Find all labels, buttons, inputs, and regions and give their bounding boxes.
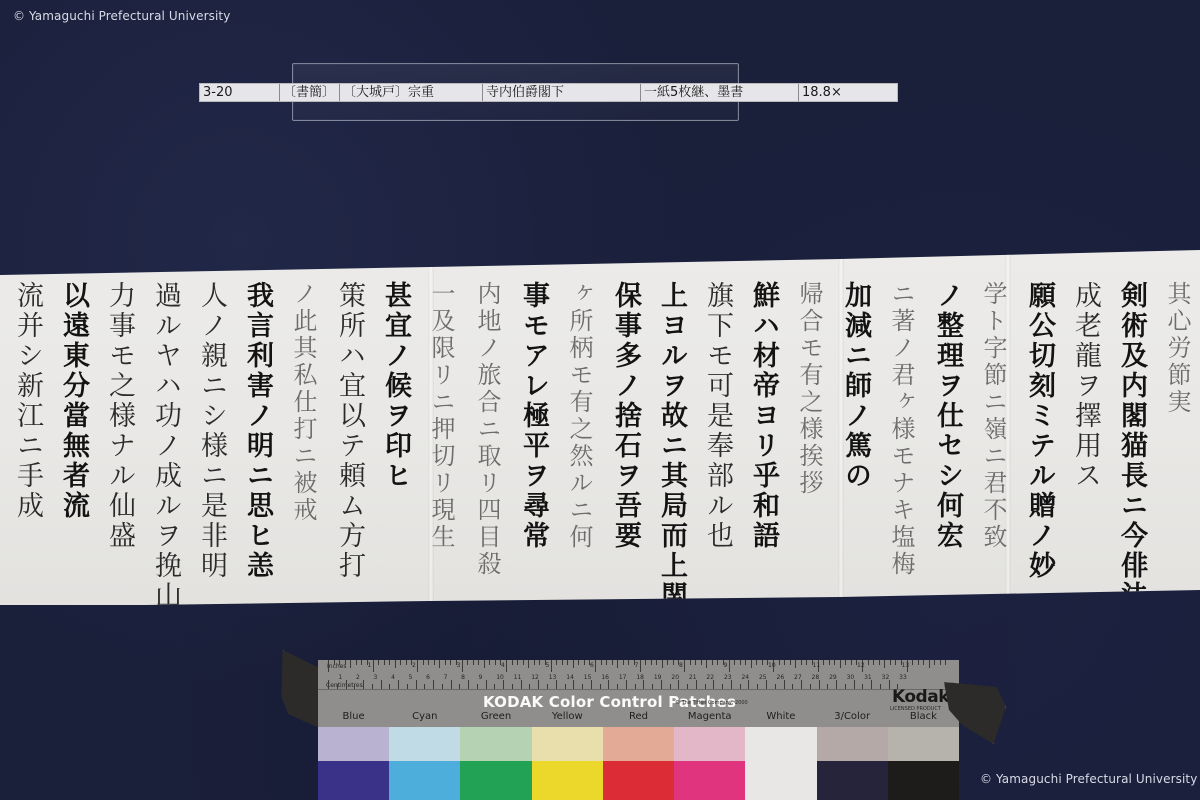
ruler-tick [623,660,624,665]
ruler-tick [792,684,793,689]
ruler-tick [834,660,835,665]
ruler-tick [706,660,707,668]
calligraphy-column: 過ルヤハ功ノ成ルヲ挽山 [138,245,184,605]
ruler-tick [612,660,613,665]
color-patch-blue [318,727,389,800]
ruler-tick [873,660,874,665]
cm-mark: 4 [391,674,395,681]
ruler-tick [451,680,452,689]
ruler-tick [801,660,802,665]
ruler-tick [722,684,723,689]
ruler-tick [395,660,396,668]
ruler-tick [656,660,657,665]
ruler-tick [600,684,601,689]
ruler-tick [795,660,796,668]
calligraphy-column: 成老龍ヲ擇用ス [1058,245,1104,605]
ruler-tick [434,660,435,665]
chart-copyright: © The Tiffen Company, 2000 [675,700,748,706]
ruler-tick [751,660,752,668]
ruler-tick [617,684,618,689]
ruler-tick [372,684,373,689]
ruler-tick [528,660,529,668]
inch-mark: 1 [368,662,372,669]
patch-label: Red [603,711,674,727]
cm-mark: 3 [374,674,378,681]
color-patch-black [888,727,959,800]
ruler-tick [584,660,585,665]
ruler-tick [740,660,741,665]
ruler-tick [407,684,408,689]
ruler-tick [806,660,807,665]
color-patch-magenta [674,727,745,800]
catalog-label-cell: 〔書簡〕 [280,84,340,101]
cm-mark: 31 [864,674,872,681]
cm-mark: 28 [812,674,820,681]
ruler-tick [428,660,429,665]
ruler-tick [766,680,767,689]
cm-mark: 25 [759,674,767,681]
ruler-tick [628,660,629,665]
ruler-tick [823,660,824,665]
inch-mark: 11 [813,662,821,669]
patch-dark-swatch [318,761,389,800]
color-patch-yellow [532,727,603,800]
ruler-tick [845,660,846,665]
ruler-tick [551,660,552,672]
ruler-inches-label: Inches [327,663,347,670]
ruler-tick [462,660,463,672]
calligraphy-column: 帰合モ有之様挨拶 [782,245,828,605]
ruler-tick [328,680,329,689]
calligraphy-column: 甚宜ノ候ヲ印ヒ [368,245,414,605]
ruler-tick [673,660,674,665]
ruler-tick [651,660,652,665]
ruler-tick [687,684,688,689]
calligraphy-column: 保事多ノ捨石ヲ吾要 [598,245,644,605]
ruler-tick [506,660,507,672]
ruler-tick [827,684,828,689]
calligraphy-column: 旗下モ可是奉部ル也 [690,245,736,605]
cm-mark: 8 [461,674,465,681]
calligraphy-column: 其心労節実 [1150,245,1196,605]
kodak-logo: Kodak [892,687,949,707]
patch-light-swatch [888,727,959,761]
ruler-tick [423,660,424,665]
ruler-tick [337,684,338,689]
ruler-tick [696,680,697,689]
calligraphy-column: 一及限リニ押切リ現生 [414,245,460,605]
cm-mark: 18 [636,674,644,681]
ruler-tick [889,680,890,689]
ruler-tick [652,684,653,689]
ruler-tick [690,660,691,665]
calligraphy-columns: 其心労節実剣術及内閣猫長ニ今俳法成老龍ヲ擇用ス願公切刻ミテル贈ノ妙学ト字節ニ嶺ニ… [0,245,1200,605]
ruler-tick [467,660,468,665]
cm-mark: 19 [654,674,662,681]
calligraphy-column: 加減ニ師ノ篤の [828,245,874,605]
patch-light-swatch [389,727,460,761]
ruler-tick [416,680,417,689]
cm-mark: 22 [706,674,714,681]
inch-mark: 10 [768,662,776,669]
ruler-centimetres-label: Centimetres [326,682,363,689]
ruler-tick [417,660,418,672]
patch-label: Black [888,711,959,727]
ruler-tick [740,684,741,689]
patch-dark-swatch [745,761,816,800]
patch-light-swatch [460,727,531,761]
calligraphy-column: ヶ所柄モ有之然ルニ何 [552,245,598,605]
ruler-tick [345,660,346,665]
document-scroll: 其心労節実剣術及内閣猫長ニ今俳法成老龍ヲ擇用ス願公切刻ミテル贈ノ妙学ト字節ニ嶺ニ… [0,245,1200,605]
ruler-tick [762,660,763,665]
catalog-label-cell: 3-20 [200,84,280,101]
ruler-tick [662,660,663,668]
copyright-notice-bottom: © Yamaguchi Prefectural University [980,772,1197,786]
ruler-tick [717,660,718,665]
calligraphy-column: 事モアレ極平ヲ尋常 [506,245,552,605]
ruler-tick [356,660,357,665]
calligraphy-column: 策所ハ宜以テ頼ム方打 [322,245,368,605]
cm-mark: 27 [794,674,802,681]
inch-mark: 3 [457,662,461,669]
cm-mark: 32 [882,674,890,681]
inch-mark: 13 [902,662,910,669]
ruler-tick [381,680,382,689]
inch-mark: 8 [679,662,683,669]
ruler-tick [503,680,504,689]
ruler-tick [373,660,374,672]
calligraphy-column: 流并シ新江ニ手成 [0,245,46,605]
ruler-tick [406,660,407,665]
kodak-color-chart: Inches Centimetres 123456789101112131234… [318,660,959,800]
ruler-tick [845,684,846,689]
ruler-tick [684,660,685,672]
calligraphy-column: ノ此其私仕打ニ被戒 [276,245,322,605]
cm-mark: 5 [409,674,413,681]
catalog-label-strip: 3-20〔書簡〕〔大城戸〕宗重寺内伯爵閣下一紙5枚継、墨書18.8× [199,83,898,102]
patch-light-swatch [603,727,674,761]
color-patches [318,727,959,800]
ruler-tick [884,660,885,668]
color-patch-3-color [817,727,888,800]
cm-mark: 12 [531,674,539,681]
ruler-tick [439,660,440,668]
ruler-tick [489,660,490,665]
patch-label: 3/Color [817,711,888,727]
ruler-tick [578,660,579,665]
ruler-tick [643,680,644,689]
ruler-tick [617,660,618,668]
patch-labels: BlueCyanGreenYellowRedMagentaWhite3/Colo… [318,711,959,727]
ruler-tick [729,660,730,672]
ruler-tick [495,660,496,665]
ruler-tick [346,680,347,689]
ruler-tick [895,660,896,665]
cm-mark: 24 [741,674,749,681]
color-patch-green [460,727,531,800]
ruler-tick [880,684,881,689]
ruler-tick [517,660,518,665]
patch-dark-swatch [460,761,531,800]
cm-mark: 29 [829,674,837,681]
ruler-tick [486,680,487,689]
inch-mark: 7 [635,662,639,669]
patch-label: Green [460,711,531,727]
ruler-tick [871,680,872,689]
ruler-tick [556,680,557,689]
ruler-tick [712,660,713,665]
ruler-tick [868,660,869,665]
inch-mark: 6 [590,662,594,669]
ruler-tick [591,680,592,689]
ruler-tick [705,684,706,689]
patch-label: Magenta [674,711,745,727]
ruler-tick [745,660,746,665]
ruler-tick [512,660,513,665]
patch-dark-swatch [888,761,959,800]
cm-mark: 17 [619,674,627,681]
ruler-tick [840,660,841,668]
ruler-tick [521,680,522,689]
calligraphy-column: 鮮ハ材帝ヨリ乎和語 [736,245,782,605]
cm-mark: 26 [777,674,785,681]
calligraphy-column: 上ヨルヲ故ニ其局而上関 [644,245,690,605]
cm-mark: 6 [426,674,430,681]
ruler-tick [595,660,596,672]
cm-mark: 13 [549,674,557,681]
ruler-tick [547,684,548,689]
ruler-tick [468,680,469,689]
ruler-tick [328,660,329,672]
ruler-tick [556,660,557,665]
calligraphy-column: 願公切刻ミテル贈ノ妙 [1012,245,1058,605]
ruler-tick [567,660,568,665]
cm-mark: 14 [566,674,574,681]
ruler-tick [608,680,609,689]
cm-mark: 15 [584,674,592,681]
calligraphy-column: 剣術及内閣猫長ニ今俳法 [1104,245,1150,605]
ruler-tick [433,680,434,689]
ruler-tick [862,684,863,689]
inch-mark: 5 [546,662,550,669]
ruler-tick [810,684,811,689]
ruler-tick [582,684,583,689]
ruler-tick [923,660,924,665]
ruler-tick [477,684,478,689]
ruler-tick [573,660,574,668]
inch-mark: 12 [857,662,865,669]
ruler-tick [565,684,566,689]
patch-label: Cyan [389,711,460,727]
ruler-tick [601,660,602,665]
ruler-tick [879,660,880,665]
patch-dark-swatch [532,761,603,800]
ruler-tick [538,680,539,689]
patch-label: White [745,711,816,727]
ruler-tick [378,660,379,665]
ruler-tick [757,684,758,689]
ruler-tick [635,684,636,689]
ruler-tick [784,680,785,689]
patch-dark-swatch [389,761,460,800]
ruler-tick [701,660,702,665]
catalog-label-cell: 一紙5枚継、墨書 [641,84,799,101]
ruler-tick [713,680,714,689]
ruler-tick [398,680,399,689]
cm-mark: 30 [847,674,855,681]
calligraphy-column: 力事モ之様ナル仙盛 [92,245,138,605]
calligraphy-column: 学ト字節ニ嶺ニ君不致 [966,245,1012,605]
ruler-tick [339,660,340,665]
color-patch-red [603,727,674,800]
ruler-tick [934,660,935,665]
ruler-tick [918,660,919,665]
ruler-tick [389,684,390,689]
ruler-tick [819,680,820,689]
ruler-tick [363,680,364,689]
ruler-tick [473,660,474,665]
ruler-tick [829,660,830,665]
calligraphy-column: 我言利害ノ明ニ思ヒ恙 [230,245,276,605]
ruler-tick [695,660,696,665]
cm-mark: 20 [671,674,679,681]
patch-dark-swatch [674,761,745,800]
patch-light-swatch [532,727,603,761]
ruler-tick [562,660,563,665]
ruler-tick [790,660,791,665]
ruler-tick [912,660,913,665]
cm-mark: 10 [496,674,504,681]
ruler-tick [626,680,627,689]
cm-mark: 7 [444,674,448,681]
patch-label: Yellow [532,711,603,727]
ruler-tick [442,684,443,689]
ruler-tick [731,680,732,689]
ruler-tick [756,660,757,665]
patch-label: Blue [318,711,389,727]
ruler-tick [384,660,385,665]
cm-mark: 11 [514,674,522,681]
calligraphy-column: 内地ノ旅合ニ取リ四目殺 [460,245,506,605]
ruler-tick [445,660,446,665]
cm-mark: 2 [356,674,360,681]
ruler-tick [854,680,855,689]
ruler-tick [606,660,607,665]
ruler-tick [678,680,679,689]
ruler-tick [640,660,641,672]
catalog-label-cell: 寺内伯爵閣下 [483,84,641,101]
inch-mark: 9 [724,662,728,669]
ruler-tick [945,660,946,665]
copyright-notice-top: © Yamaguchi Prefectural University [13,9,230,23]
color-patch-white [745,727,816,800]
ruler-tick [350,660,351,668]
ruler-tick [424,684,425,689]
cm-mark: 33 [899,674,907,681]
calligraphy-column: ノ整理ヲ仕セシ何宏 [920,245,966,605]
ruler-tick [836,680,837,689]
cm-mark: 9 [479,674,483,681]
ruler-tick [494,684,495,689]
ruler-tick [400,660,401,665]
ruler-tick [478,660,479,665]
ruler-tick [670,684,671,689]
ruler-tick [523,660,524,665]
cm-mark: 16 [601,674,609,681]
ruler-tick [940,660,941,665]
ruler-tick [361,660,362,665]
ruler-tick [534,660,535,665]
catalog-label-cell: 18.8× [799,84,897,101]
ruler-tick [779,660,780,665]
patch-light-swatch [745,727,816,761]
ruler-tick [459,684,460,689]
ruler-tick [851,660,852,665]
ruler-tick [801,680,802,689]
calligraphy-column: ニ著ノ君ヶ様モナキ塩梅 [874,245,920,605]
ruler-tick [748,680,749,689]
inch-mark: 2 [412,662,416,669]
ruler-tick [512,684,513,689]
catalog-label-cell: 〔大城戸〕宗重 [340,84,483,101]
calligraphy-column: 人ノ親ニシ様ニ是非明 [184,245,230,605]
patch-light-swatch [674,727,745,761]
ruler-tick [529,684,530,689]
inch-mark: 4 [501,662,505,669]
ruler-tick [573,680,574,689]
patch-light-swatch [318,727,389,761]
ruler: Inches Centimetres 123456789101112131234… [318,660,959,690]
ruler-tick [667,660,668,665]
ruler-tick [354,684,355,689]
ruler-tick [661,680,662,689]
color-patch-cyan [389,727,460,800]
ruler-tick [775,684,776,689]
patch-light-swatch [817,727,888,761]
ruler-tick [890,660,891,665]
ruler-tick [784,660,785,665]
ruler-tick [929,660,930,668]
ruler-tick [484,660,485,668]
cm-mark: 1 [339,674,343,681]
calligraphy-column: 以遠東分當無者流 [46,245,92,605]
ruler-tick [450,660,451,665]
ruler-tick [645,660,646,665]
patch-dark-swatch [817,761,888,800]
cm-mark: 21 [689,674,697,681]
ruler-tick [539,660,540,665]
ruler-tick [734,660,735,665]
ruler-tick [389,660,390,665]
ruler-tick [334,660,335,665]
patch-dark-swatch [603,761,674,800]
cm-mark: 23 [724,674,732,681]
